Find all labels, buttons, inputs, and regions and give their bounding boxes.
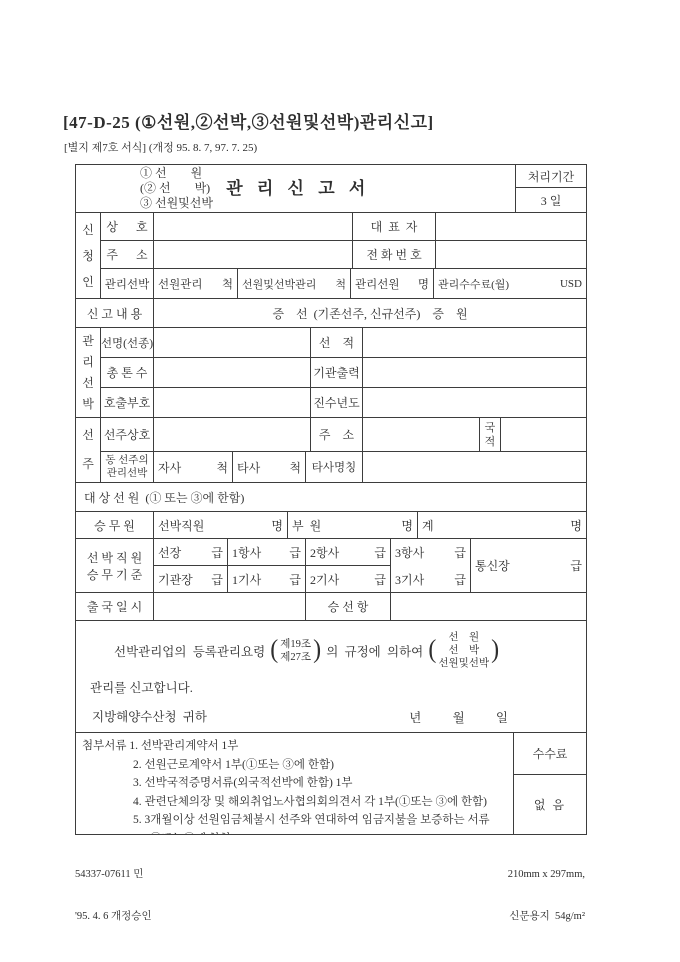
revision-approval: '95. 4. 6 개정승인 xyxy=(75,910,152,924)
third-mate-unit: 급 xyxy=(454,544,466,561)
owner-company-field xyxy=(154,418,311,452)
owner-fleet-row: 동 선주의 관리선박 자사 척 타사 척 타사명칭 xyxy=(101,452,586,483)
scanned-form-page: [47-D-25 (①선원,②선박,③선원및선박)관리신고] [별지 제7호 서… xyxy=(0,0,680,962)
other-company-name-label: 타사명칭 xyxy=(306,452,363,483)
form-option-2: (② 선 박) xyxy=(140,181,210,196)
other-company-label: 타사 xyxy=(237,459,260,476)
own-company-label: 자사 xyxy=(158,459,181,476)
owner-address-label: 주 소 xyxy=(311,418,363,452)
engine-power-label: 기관출력 xyxy=(311,358,363,388)
attachments-line-1: 첨부서류 1. 선박관리계약서 1부 xyxy=(82,737,507,756)
crew-mgmt-unit: 척 xyxy=(222,276,233,292)
phone-label: 전 화 번 호 xyxy=(353,241,436,269)
close-paren-types: ) xyxy=(491,636,499,666)
address-label: 주 소 xyxy=(101,241,154,269)
paper-size: 210mm x 297mm, xyxy=(508,868,585,882)
own-company-unit: 척 xyxy=(216,459,228,476)
declaration-mid: 의 규정에 의하여 xyxy=(323,642,426,660)
attachments-cell: 첨부서류 1. 선박관리계약서 1부 2. 선원근로계약서 1부(①또는 ③에 … xyxy=(76,733,514,834)
fee-label: 수수료 xyxy=(514,733,586,775)
report-content-label: 신 고 내 용 xyxy=(76,299,154,328)
form-option-3: ③ 선원및선박 xyxy=(140,196,213,211)
attachment-item-3: 3. 선박국적증명서류(외국적선박에 한함) 1부 xyxy=(133,774,507,793)
third-mate-cell: 3항사 급 xyxy=(391,539,471,566)
third-engineer-label: 3기사 xyxy=(395,571,424,588)
owner-nationality-field xyxy=(501,418,586,452)
declaration-row: 선박관리업의 등록관리요령 ( 제19조 제27조 ) 의 규정에 의하여 ( … xyxy=(76,621,586,733)
mgmt-fee-unit: USD xyxy=(560,278,582,290)
embarkation-port-label: 승 선 항 xyxy=(306,593,391,621)
officers-label: 선박직원 xyxy=(158,517,204,534)
ship-owner-section-label: 선주 xyxy=(76,418,101,483)
managed-crew-count-cell: 관리선원 명 xyxy=(351,269,434,299)
company-name-label: 상 호 xyxy=(101,213,154,241)
chief-engineer-unit: 급 xyxy=(211,571,223,588)
form-table: ① 선 원 (② 선 박) 관 리 신 고 서 ③ 선원및선박 처리기간 3 일… xyxy=(75,164,587,835)
footer-left: 54337-07611 민 '95. 4. 6 개정승인 xyxy=(75,840,152,952)
third-mate-label: 3항사 xyxy=(395,544,424,561)
address-field xyxy=(154,241,353,269)
fee-box: 수수료 없 음 xyxy=(514,733,586,834)
crew-ship-mgmt-label: 선원및선박관리 xyxy=(242,276,316,292)
document-subtitle: [별지 제7호 서식] (개정 95. 8. 7, 97. 7. 25) xyxy=(64,139,257,155)
ship-name-label: 선명(선종) xyxy=(101,328,154,358)
first-mate-label: 1항사 xyxy=(232,544,261,561)
captain-label: 선장 xyxy=(158,544,181,561)
declaration-prefix: 선박관리업의 등록관리요령 xyxy=(114,642,268,660)
footer-right: 210mm x 297mm, 신문용지 54g/m² xyxy=(508,840,585,952)
applicant-address-row: 주 소 전 화 번 호 xyxy=(101,241,586,269)
other-company-cell: 타사 척 xyxy=(233,452,306,483)
attachments-row: 첨부서류 1. 선박관리계약서 1부 2. 선원근로계약서 1부(①또는 ③에 … xyxy=(76,733,586,834)
ship-owner-section: 선주 선주상호 주 소 국적 동 선주의 관리선박 자사 척 xyxy=(76,418,586,483)
form-option-2-line: (② 선 박) 관 리 신 고 서 xyxy=(140,181,370,196)
first-mate-unit: 급 xyxy=(289,544,301,561)
representative-label: 대 표 자 xyxy=(353,213,436,241)
ratings-count-cell: 부 원 명 xyxy=(288,512,418,539)
gross-tonnage-label: 총 톤 수 xyxy=(101,358,154,388)
processing-period-box: 처리기간 3 일 xyxy=(516,165,586,213)
same-owner-ships-label: 동 선주의 관리선박 xyxy=(101,452,154,483)
embarkation-port-field xyxy=(391,593,586,621)
gross-tonnage-row: 총 톤 수 기관출력 xyxy=(101,358,586,388)
attachment-item-4: 4. 관련단체의장 및 해외취업노사협의회의견서 각 1부(①또는 ③에 한함) xyxy=(133,793,507,812)
chief-engineer-cell: 기관장 급 xyxy=(154,566,228,593)
officers-count-cell: 선박직원 명 xyxy=(154,512,288,539)
page-footer: 54337-07611 민 '95. 4. 6 개정승인 210mm x 297… xyxy=(75,840,585,952)
form-code: 54337-07611 민 xyxy=(75,868,152,882)
report-content-row: 신 고 내 용 증 선 (기존선주, 신규선주) 증 원 xyxy=(76,299,586,328)
managed-ship-section: 관리선박 선명(선종) 선 적 총 톤 수 기관출력 호출부호 xyxy=(76,328,586,418)
radio-officer-cell: 통신장 급 xyxy=(471,539,586,593)
gross-tonnage-field xyxy=(154,358,311,388)
second-mate-label: 2항사 xyxy=(310,544,339,561)
second-engineer-label: 2기사 xyxy=(310,571,339,588)
call-sign-row: 호출부호 진수년도 xyxy=(101,388,586,418)
second-engineer-unit: 급 xyxy=(374,571,386,588)
paper-type: 신문용지 54g/m² xyxy=(508,910,585,924)
owner-company-label: 선주상호 xyxy=(101,418,154,452)
officers-unit: 명 xyxy=(271,517,283,534)
attachment-item-1: 1. 선박관리계약서 1부 xyxy=(129,737,238,756)
crew-standard-row-1: 선장 급 1항사 급 2항사 급 3항사 급 xyxy=(154,539,471,566)
ratings-unit: 명 xyxy=(401,517,413,534)
attachment-item-5: 5. 3개월이상 선원임금체불시 선주와 연대하여 임금지불을 보증하는 서류 xyxy=(133,811,507,830)
third-engineer-cell: 3기사 급 xyxy=(391,566,471,593)
ship-registry-field xyxy=(363,328,586,358)
ship-name-field xyxy=(154,328,311,358)
target-crew-label: 대 상 선 원 (① 또는 ③에 한함) xyxy=(76,483,586,512)
processing-period-label: 처리기간 xyxy=(516,165,586,188)
second-engineer-cell: 2기사 급 xyxy=(306,566,391,593)
crew-label: 승 무 원 xyxy=(76,512,154,539)
second-mate-cell: 2항사 급 xyxy=(306,539,391,566)
crew-totals-row: 승 무 원 선박직원 명 부 원 명 계 명 xyxy=(76,512,586,539)
declaration-articles: 제19조 제27조 xyxy=(280,638,311,664)
owner-company-row: 선주상호 주 소 국적 xyxy=(101,418,586,452)
other-company-name-field xyxy=(363,452,586,483)
attachments-label: 첨부서류 xyxy=(82,737,129,756)
third-engineer-unit: 급 xyxy=(454,571,466,588)
declaration-types: 선 원 선 박 선원및선박 xyxy=(438,631,489,670)
first-mate-cell: 1항사 급 xyxy=(228,539,306,566)
declaration-line-1: 선박관리업의 등록관리요령 ( 제19조 제27조 ) 의 규정에 의하여 ( … xyxy=(90,631,572,670)
chief-engineer-label: 기관장 xyxy=(158,571,193,588)
first-engineer-cell: 1기사 급 xyxy=(228,566,306,593)
launch-year-label: 진수년도 xyxy=(311,388,363,418)
ship-registry-label: 선 적 xyxy=(311,328,363,358)
declaration-line-2: 관리를 신고합니다. xyxy=(90,678,572,696)
company-name-field xyxy=(154,213,353,241)
applicant-company-row: 상 호 대 표 자 xyxy=(101,213,586,241)
first-engineer-label: 1기사 xyxy=(232,571,261,588)
crew-ship-mgmt-count-cell: 선원및선박관리 척 xyxy=(238,269,351,299)
form-header-row: ① 선 원 (② 선 박) 관 리 신 고 서 ③ 선원및선박 처리기간 3 일 xyxy=(76,165,586,213)
radio-officer-unit: 급 xyxy=(570,557,582,574)
ratings-label: 부 원 xyxy=(292,517,321,534)
form-title-cell: ① 선 원 (② 선 박) 관 리 신 고 서 ③ 선원및선박 xyxy=(76,165,516,213)
ship-name-row: 선명(선종) 선 적 xyxy=(101,328,586,358)
total-count-cell: 계 명 xyxy=(418,512,586,539)
declaration-cell: 선박관리업의 등록관리요령 ( 제19조 제27조 ) 의 규정에 의하여 ( … xyxy=(76,621,586,733)
applicant-managed-row: 관리선박 선원관리 척 선원및선박관리 척 관리선원 명 관리수수료(월) xyxy=(101,269,586,299)
representative-field xyxy=(436,213,586,241)
crew-ship-mgmt-unit: 척 xyxy=(335,276,346,292)
departure-row: 출 국 일 시 승 선 항 xyxy=(76,593,586,621)
attachment-item-5-note: (①또는③에 한함) xyxy=(146,830,507,834)
managed-ships-label: 관리선박 xyxy=(101,269,154,299)
crew-standard-section: 선 박 직 원 승 무 기 준 선장 급 1항사 급 2항사 급 xyxy=(76,539,586,593)
close-paren-articles: ) xyxy=(313,636,321,666)
applicant-section-label: 신청인 xyxy=(76,213,101,299)
crew-mgmt-count-cell: 선원관리 척 xyxy=(154,269,238,299)
form-main-title: 관 리 신 고 서 xyxy=(226,181,370,196)
attachment-item-2: 2. 선원근로계약서 1부(①또는 ③에 한함) xyxy=(133,756,507,775)
own-company-cell: 자사 척 xyxy=(154,452,233,483)
captain-cell: 선장 급 xyxy=(154,539,228,566)
document-title: [47-D-25 (①선원,②선박,③선원및선박)관리신고] xyxy=(63,108,434,133)
processing-period-value: 3 일 xyxy=(516,188,586,213)
owner-nationality-label: 국적 xyxy=(480,418,501,452)
launch-year-field xyxy=(363,388,586,418)
second-mate-unit: 급 xyxy=(374,544,386,561)
departure-date-field xyxy=(154,593,306,621)
call-sign-field xyxy=(154,388,311,418)
mgmt-fee-cell: 관리수수료(월) USD xyxy=(434,269,586,299)
target-crew-row: 대 상 선 원 (① 또는 ③에 한함) xyxy=(76,483,586,512)
open-paren-articles: ( xyxy=(270,636,278,666)
call-sign-label: 호출부호 xyxy=(101,388,154,418)
fee-value: 없 음 xyxy=(514,775,586,834)
form-option-1: ① 선 원 xyxy=(140,166,202,181)
crew-standard-row-2: 기관장 급 1기사 급 2기사 급 3기사 급 xyxy=(154,566,471,593)
engine-power-field xyxy=(363,358,586,388)
phone-field xyxy=(436,241,586,269)
managed-ship-section-label: 관리선박 xyxy=(76,328,101,418)
owner-address-field xyxy=(363,418,480,452)
total-label: 계 xyxy=(422,517,434,534)
recipient-line: 지방해양수산청 귀하 xyxy=(92,707,207,725)
radio-officer-label: 통신장 xyxy=(475,557,510,574)
captain-unit: 급 xyxy=(211,544,223,561)
departure-date-label: 출 국 일 시 xyxy=(76,593,154,621)
managed-crew-label: 관리선원 xyxy=(355,276,399,292)
total-unit: 명 xyxy=(570,517,582,534)
crew-mgmt-label: 선원관리 xyxy=(158,276,202,292)
applicant-section: 신청인 상 호 대 표 자 주 소 전 화 번 호 관리선박 xyxy=(76,213,586,299)
open-paren-types: ( xyxy=(428,636,436,666)
managed-crew-unit: 명 xyxy=(418,276,429,292)
first-engineer-unit: 급 xyxy=(289,571,301,588)
crew-standard-label: 선 박 직 원 승 무 기 준 xyxy=(76,539,154,593)
other-company-unit: 척 xyxy=(289,459,301,476)
report-content-value: 증 선 (기존선주, 신규선주) 증 원 xyxy=(154,299,586,328)
mgmt-fee-label: 관리수수료(월) xyxy=(438,276,509,292)
